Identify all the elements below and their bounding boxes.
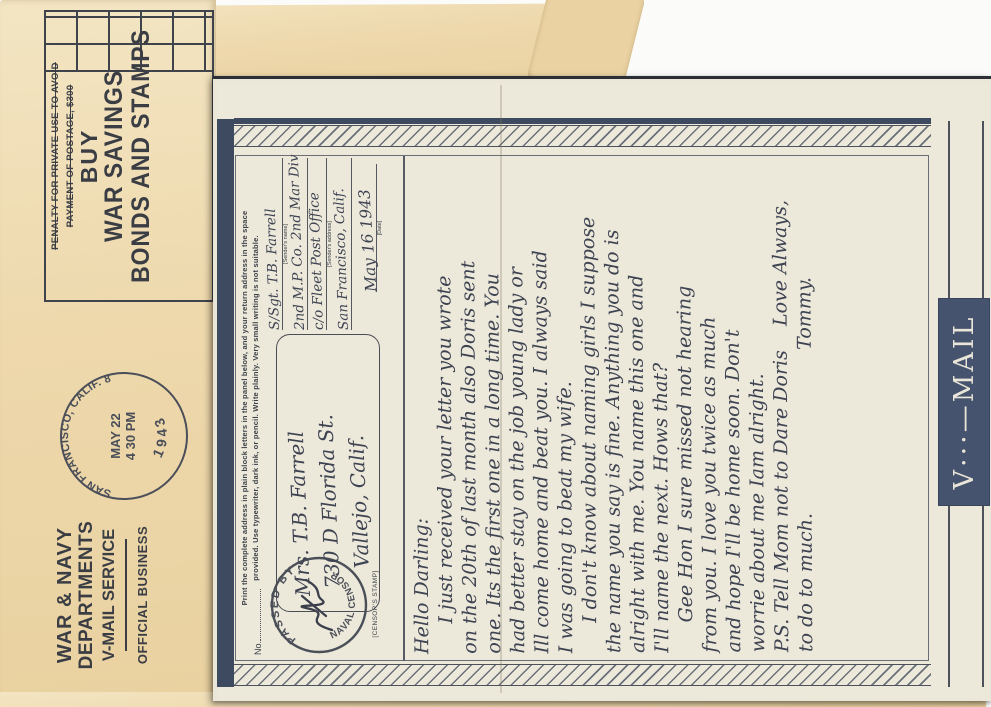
- return-line-departments: DEPARTMENTS: [76, 486, 97, 704]
- vmail-form: V···—MAIL Print the complete address in …: [217, 83, 989, 699]
- sender-address-line: c/o Fleet Post Office: [308, 158, 327, 330]
- penalty-line-2: PAYMENT OF POSTAGE, $300: [65, 12, 76, 300]
- address-instructions: Print the complete address in plain bloc…: [239, 156, 262, 660]
- penalty-text: PENALTY FOR PRIVATE USE TO AVOID PAYMENT…: [50, 12, 155, 300]
- sender-city-line: San Francisco, Calif.: [333, 158, 352, 330]
- form-number-label: No.: [253, 641, 263, 655]
- form-top-band: [217, 119, 234, 687]
- sender-name: S/Sgt. T.B. Farrell: [261, 158, 284, 330]
- recipient-address-handwriting: Mrs. T.B. Farrell 730 D Florida St. Vall…: [280, 412, 378, 596]
- slogan-bonds-stamps: BONDS AND STAMPS: [128, 24, 155, 289]
- sender-city: San Francisco, Calif.: [330, 158, 353, 330]
- return-line-official-business: OFFICIAL BUSINESS: [136, 486, 151, 704]
- penalty-line-1: PENALTY FOR PRIVATE USE TO AVOID: [50, 12, 61, 300]
- form-number-blank: [252, 589, 261, 641]
- return-address-block: WAR & NAVY DEPARTMENTS V-MAIL SERVICE OF…: [54, 486, 151, 704]
- envelope-printing: WAR & NAVY DEPARTMENTS V-MAIL SERVICE OF…: [32, 6, 214, 706]
- form-content-box: Print the complete address in plain bloc…: [235, 155, 929, 661]
- postmark-circle-icon: SAN FRANCISCO, CALIF. 8 1943 MAY 22 4 30…: [54, 366, 194, 506]
- photo-crease: [500, 85, 502, 693]
- sender-name-line: S/Sgt. T.B. Farrell: [264, 158, 283, 330]
- date-field: May 16 1943 [Date]: [358, 164, 383, 292]
- sender-address: c/o Fleet Post Office: [305, 158, 328, 330]
- svg-text:1943: 1943: [149, 412, 170, 460]
- return-line-vmail-service: V-MAIL SERVICE: [100, 486, 118, 704]
- slogan-war-savings: WAR SAVINGS: [101, 24, 128, 289]
- instructions-line-1: Print the complete address in plain bloc…: [239, 156, 250, 660]
- instructions-line-2: provided. Use typewriter, dark ink, or p…: [250, 156, 261, 660]
- recipient-address-panel: Mrs. T.B. Farrell 730 D Florida St. Vall…: [276, 334, 380, 612]
- form-right-band: [234, 118, 931, 124]
- letter-message-handwriting: Hello Darling: I just received your lett…: [408, 158, 819, 654]
- form-number-field: No.: [252, 589, 263, 655]
- postmark-date: MAY 22: [108, 413, 123, 459]
- svg-text:SAN FRANCISCO, CALIF. 8: SAN FRANCISCO, CALIF. 8: [59, 373, 113, 500]
- penalty-slogan-box: PENALTY FOR PRIVATE USE TO AVOID PAYMENT…: [44, 10, 214, 302]
- return-line-war-navy: WAR & NAVY: [54, 486, 76, 704]
- form-left-hatch-border: [234, 664, 931, 686]
- slogan-buy: BUY: [78, 12, 101, 300]
- postmark-city-arc: SAN FRANCISCO, CALIF. 8: [59, 373, 113, 500]
- postmark-time: 4 30 PM: [123, 412, 138, 460]
- postmark-stamp: SAN FRANCISCO, CALIF. 8 1943 MAY 22 4 30…: [54, 366, 199, 506]
- postmark-year-arc: 1943: [149, 412, 170, 460]
- sender-block: S/Sgt. T.B. Farrell [Sender's name] 2nd …: [264, 158, 383, 330]
- scanned-vmail-letter: { "colors": { "envelope_tan": "#eed9ad",…: [0, 0, 991, 707]
- header-message-divider: [403, 156, 405, 661]
- letter-date: May 16 1943: [354, 164, 381, 293]
- date-line: May 16 1943: [358, 164, 377, 292]
- return-block-divider: [125, 539, 127, 651]
- form-right-hatch-border: [234, 125, 931, 147]
- vmail-photo: V···—MAIL Print the complete address in …: [213, 76, 991, 701]
- vmail-logo: V···—MAIL: [939, 299, 989, 505]
